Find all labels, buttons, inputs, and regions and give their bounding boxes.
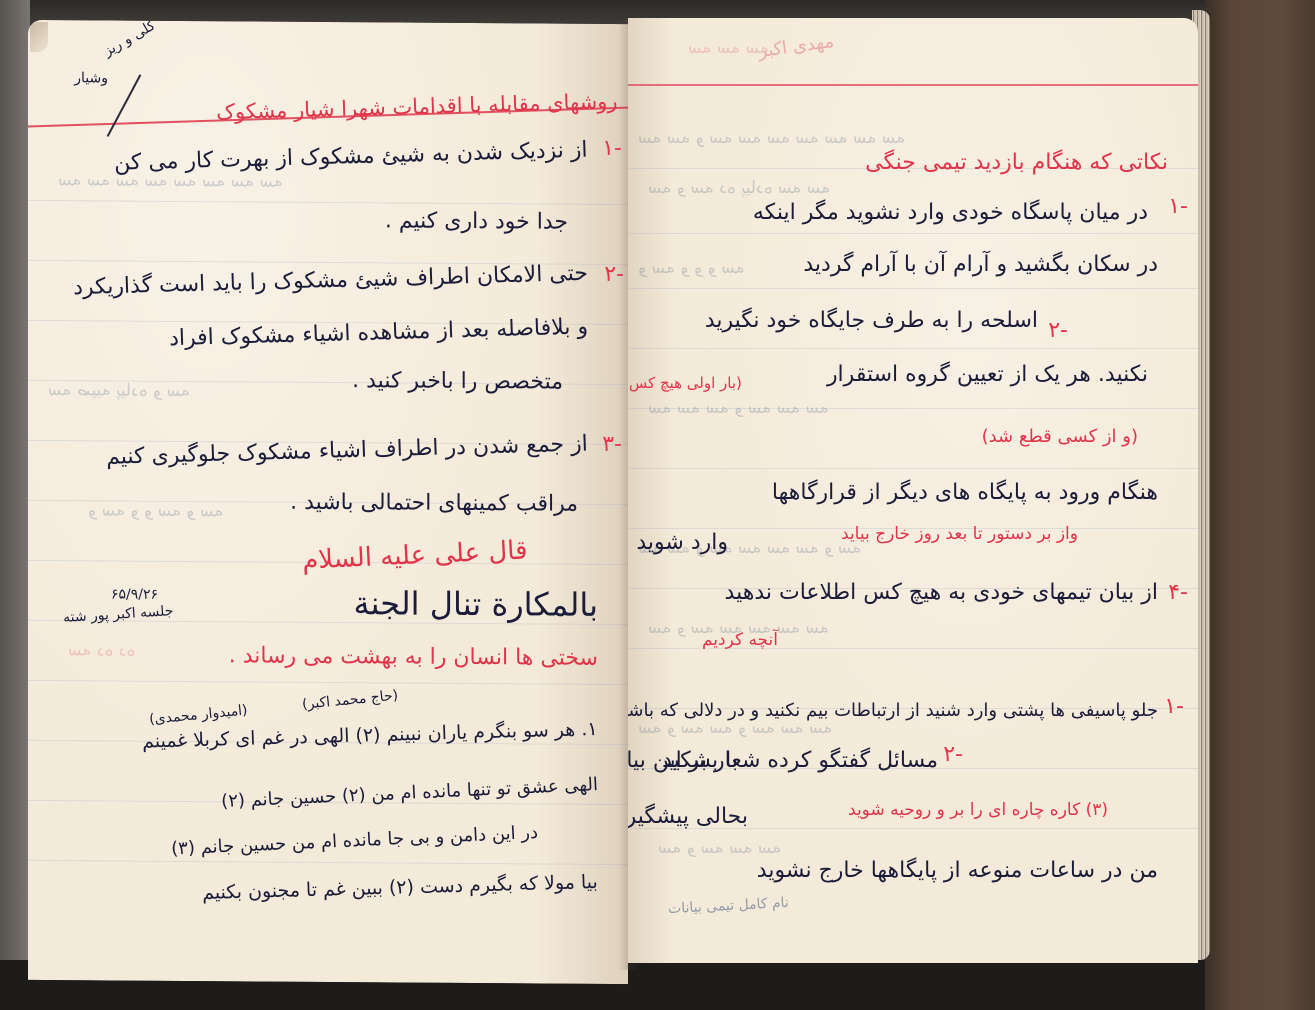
top-margin-rule [628, 84, 1198, 86]
r-item-7-line-1: من در ساعات منوعه از پایگاهها خارج نشوید [757, 858, 1158, 883]
notebook-back-cover [1205, 0, 1315, 1010]
item-number: ۱- [1168, 194, 1188, 219]
r-item-2-line-1: اسلحه را به طرف جایگاه خود نگیرید [705, 308, 1038, 333]
poem-line-3: در این دامن و بی جا مانده ام من حسین جان… [171, 822, 539, 860]
red-note: واز بر دستور تا بعد روز خارج بیاید [841, 524, 1078, 544]
item-number: ۴- [1168, 580, 1188, 605]
r-item-1-line-2: در سکان بگشید و آرام آن با آرام گردید [803, 252, 1158, 277]
background-left [0, 0, 30, 1010]
item-number: ۲- [943, 742, 963, 767]
left-page: سه سه سه سه سه سه سه سه سه صیبه پیاده و … [28, 20, 628, 984]
item-number: ۱- [1164, 694, 1184, 719]
r-item-3-line-2: وارد شوید [636, 530, 728, 555]
folded-corner [30, 22, 48, 52]
r-item-2-line-2: نکنید. هر یک از تعیین گروه استقرار [827, 362, 1148, 387]
date-note-text: جلسه اکبر پور شته [62, 603, 173, 626]
corner-note: کلی و ریز [101, 20, 158, 60]
poem-line-4: بیا مولا که بگیرم دست (۲) ببین غم تا مجن… [202, 871, 598, 904]
r-item-6-line-2: بحالی پیشگیری کنند [628, 804, 748, 829]
faded-bottom-note: نام کامل تیمی بیانات [668, 895, 789, 917]
right-page: سه سه و سه سه سه سه سه سه سه سه و سه ده … [628, 18, 1198, 963]
item-3-line-1: از جمع شدن در اطراف اشیاء مشکوک جلوگیری … [106, 431, 588, 469]
item-2-line-3: متخصص را باخبر کنید . [352, 368, 563, 394]
poem-credit: (حاج محمد اکبر) [301, 687, 398, 712]
r-item-5-line-1: جلو پاسیفی ها پشتی وارد شنید از ارتباطات… [628, 700, 1158, 721]
poem-line-2: الهی عشق تو تنها مانده ام من (۲) حسین جا… [220, 774, 598, 812]
r-item-4-line-1: از بیان تیمهای خودی به هیچ کس اطلاعات ند… [725, 580, 1158, 605]
red-note: (۳) کاره چاره ای را بر و روحیه شوید [848, 800, 1108, 820]
item-number: ۲- [1048, 318, 1068, 343]
r-item-3-line-1: هنگام ورود به پایگاه های دیگر از قرارگاه… [772, 480, 1158, 505]
item-1-line-1: از نزدیک شدن به شیئ مشکوک از بهرت کار می… [114, 138, 588, 176]
r-item-6-line-1: مسائل گفتگو کرده شعار بر این بیاید [628, 748, 938, 773]
item-2-line-2: و بلافاصله بعد از مشاهده اشیاء مشکوک افر… [169, 315, 589, 352]
quote-translation: سختی ها انسان را به بهشت می رساند . [229, 643, 598, 671]
poem-credit: (امیدوار محمدی) [149, 702, 249, 728]
item-1-line-2: جدا خود داری کنیم . [385, 208, 568, 234]
left-page-heading: روشهای مقابله با اقدامات شهرا شیار مشکوک [216, 89, 618, 124]
red-note: (بار اولی هیچ کس) [628, 374, 742, 392]
poem-line-1: ۱. هر سو بنگرم یاران نبینم (۲) الهی در غ… [142, 718, 598, 753]
red-note: (و از کسی قطع شد) [982, 426, 1138, 447]
quote-arabic: بالمکارة تنال الجنة [353, 584, 598, 624]
quote-attribution: قال علی علیه السلام [302, 536, 529, 576]
right-page-heading: نکاتی که هنگام بازدید تیمی جنگی [865, 150, 1168, 175]
faded-top-note: مهدی اکبر [757, 31, 835, 62]
red-note: آنچه کردیم [702, 630, 778, 650]
date-note: ۶۵/۹/۲۶ [111, 586, 158, 602]
pen-stroke [107, 74, 142, 137]
r-item-1-line-1: در میان پاسگاه خودی وارد نشوید مگر اینکه [753, 200, 1148, 225]
item-3-line-2: مراقب کمینهای احتمالی باشید . [290, 490, 578, 517]
item-2-line-1: حتی الامکان اطراف شیئ مشکوک را باید است … [73, 261, 589, 300]
corner-note-side: وشیار [74, 70, 108, 86]
